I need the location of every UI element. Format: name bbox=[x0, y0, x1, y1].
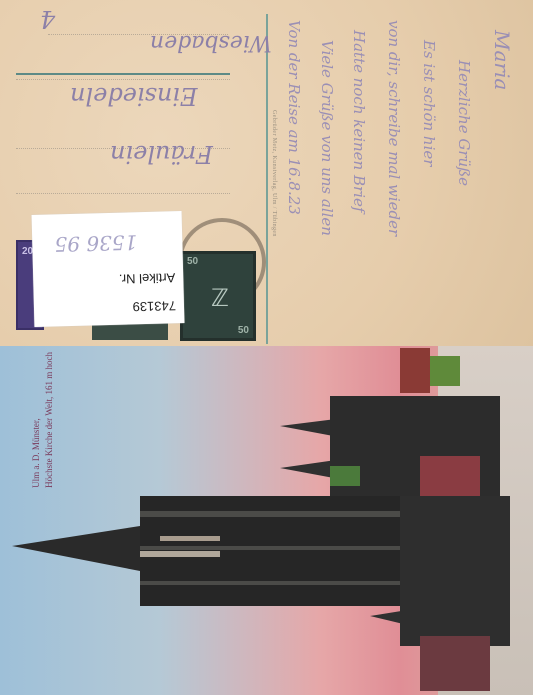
stamp-green: 50 50 ℤ bbox=[180, 251, 256, 341]
signature: Maria bbox=[490, 30, 514, 90]
article-number: 743139 bbox=[132, 298, 176, 314]
message-column: Hatte noch keinen Brief bbox=[350, 30, 368, 212]
address-rule bbox=[16, 73, 230, 75]
center-divider bbox=[266, 14, 268, 344]
ulm-minster-illustration bbox=[0, 346, 533, 695]
dealer-label: 743139 Artikel Nr. 1536 95 bbox=[32, 211, 185, 327]
message-column: von dir, schreibe mal wieder bbox=[385, 20, 403, 236]
handwritten-corner-note: 4 bbox=[40, 5, 55, 33]
address-line bbox=[16, 79, 230, 80]
message-column: Viele Grüße von uns allen bbox=[318, 40, 336, 236]
address-line bbox=[16, 193, 230, 194]
article-label-title: Artikel Nr. bbox=[119, 270, 176, 286]
handwritten-address-line: Fräulein bbox=[110, 140, 213, 168]
printer-imprint: Gebrüder Metz, Kunstverlag, Ulm / Tübing… bbox=[271, 110, 277, 237]
stamp-value: 50 bbox=[187, 256, 198, 267]
postcard-front: Ulm a. D. Münster, Höchste Kirche der We… bbox=[0, 346, 533, 695]
message-column: Es ist schön hier bbox=[420, 40, 438, 166]
posthorn-icon: ℤ bbox=[211, 284, 229, 313]
message-column: Herzliche Grüße bbox=[455, 60, 473, 186]
postcard-back: Gebrüder Metz, Kunstverlag, Ulm / Tübing… bbox=[0, 0, 533, 346]
handwritten-address-line: Wiesbaden bbox=[150, 30, 272, 55]
handwritten-address-line: Einsiedeln bbox=[70, 82, 198, 110]
stamp-value: 50 bbox=[238, 325, 249, 336]
message-column: Von der Reise am 16.8.23 bbox=[285, 20, 303, 215]
pencil-note: 1536 95 bbox=[54, 230, 137, 256]
